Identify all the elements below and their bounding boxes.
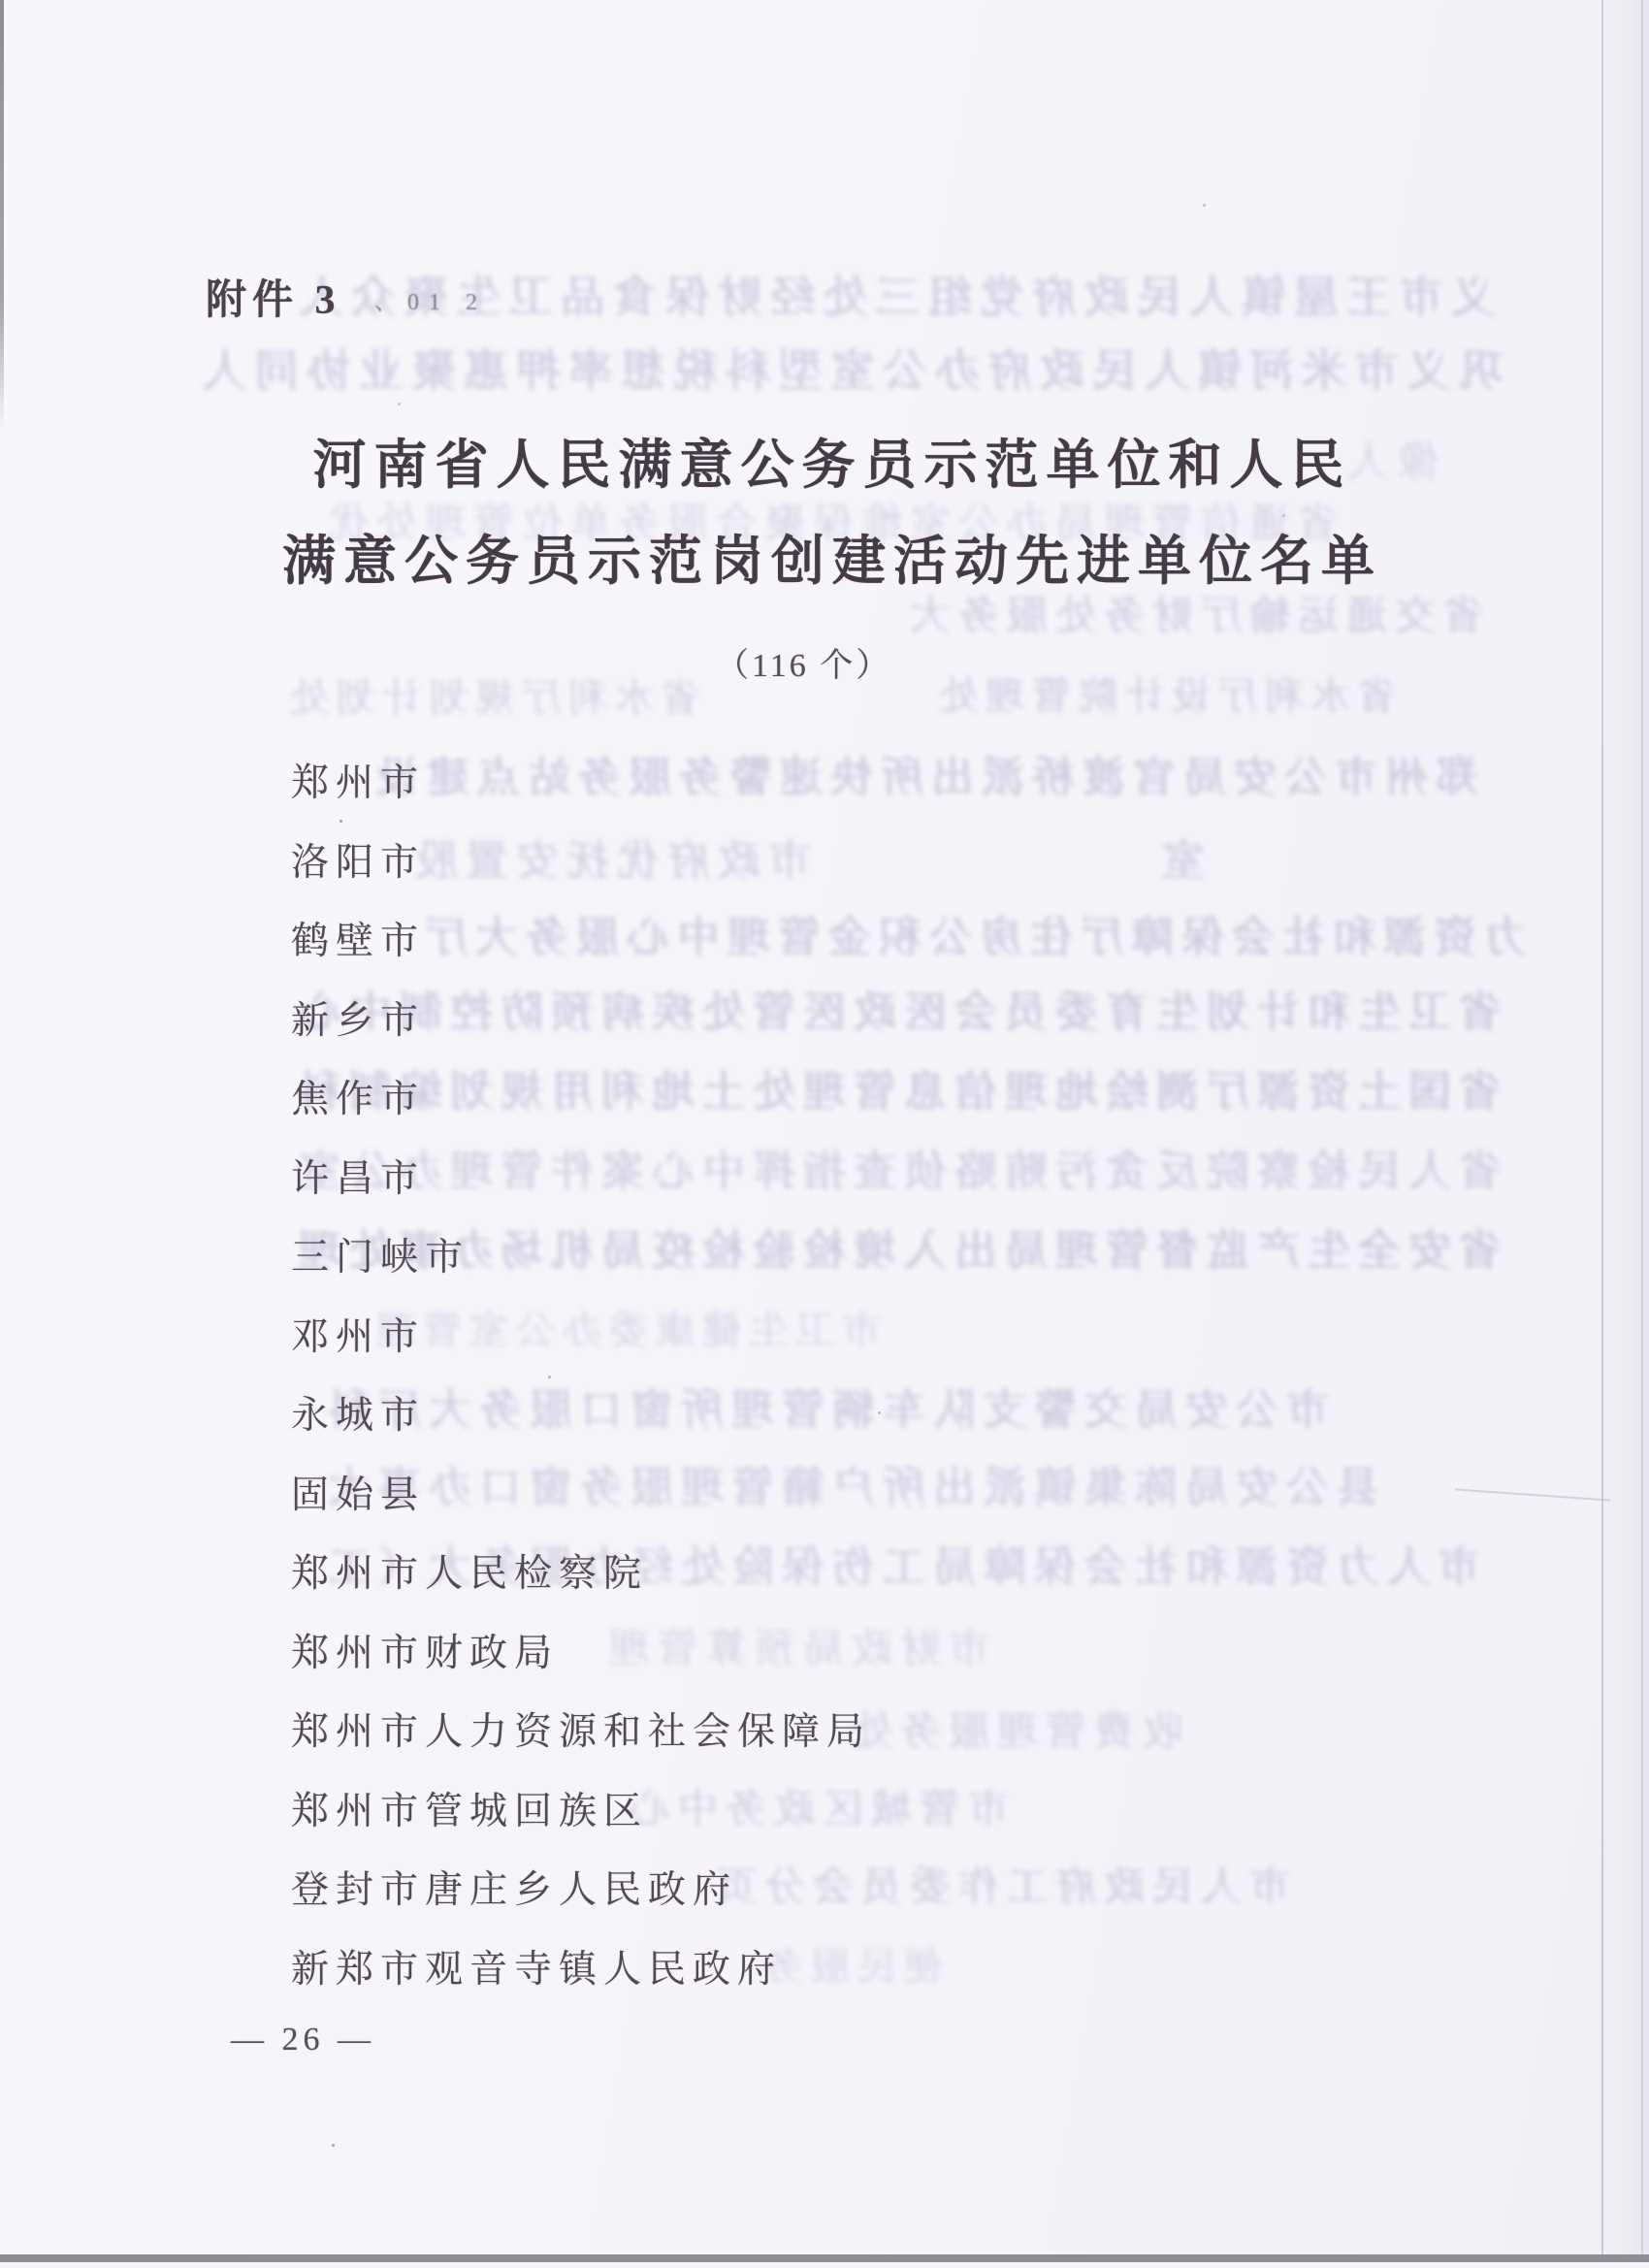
list-item: 许昌市 — [291, 1140, 871, 1219]
attachment-label: 附件 3 — [206, 280, 341, 321]
list-item: 郑州市管城回族区 — [291, 1772, 871, 1852]
list-item: 焦作市 — [291, 1060, 871, 1140]
page-number: — 26 — — [231, 2024, 375, 2057]
list-item: 三门峡市 — [291, 1218, 871, 1298]
list-item: 永城市 — [291, 1377, 871, 1456]
list-item: 新乡市 — [291, 982, 871, 1061]
unit-list: 郑州市 洛阳市 鹤壁市 新乡市 焦作市 许昌市 三门峡市 邓州市 永城市 固始县… — [291, 744, 871, 2009]
paper-crease-right — [1601, 0, 1603, 2260]
list-item: 登封市唐庄乡人民政府 — [291, 1851, 871, 1930]
document-title-line2: 满意公务员示范岗创建活动先进单位名单 — [29, 535, 1635, 588]
list-item: 新郑市观音寺镇人民政府 — [291, 1930, 871, 2010]
document-title-line1: 河南省人民满意公务员示范单位和人民 — [29, 438, 1635, 492]
bleedthrough-text: 省水利厅规划计划处 — [281, 679, 700, 718]
list-item: 郑州市 — [291, 744, 871, 824]
bleedthrough-text: 室 — [1154, 840, 1205, 883]
list-item: 洛阳市 — [291, 824, 871, 903]
list-item: 郑州市财政局 — [291, 1614, 871, 1694]
paper-crease-mid — [1455, 1488, 1610, 1501]
paper-edge-left — [0, 0, 4, 432]
scanned-document-page: 义市王屋镇人民政府党组三处经财保食品卫生聚众人 巩义市米河镇人民政府办公室型科税… — [0, 0, 1649, 2268]
scan-speckles — [339, 820, 342, 823]
scanner-background-bottom — [0, 2262, 1649, 2268]
unit-count: （116 个） — [716, 650, 891, 683]
paper-edge-bottom — [0, 2254, 1649, 2262]
bleedthrough-text: 省交通运输厅财务处服务大 — [902, 597, 1484, 637]
list-item: 郑州市人民检察院 — [291, 1535, 871, 1614]
list-item: 固始县 — [291, 1456, 871, 1536]
paper-edge-right-line — [1641, 0, 1643, 2268]
bleedthrough-text: 省水利厅设计院管理处 — [931, 677, 1397, 716]
pencil-mark: 、01 2 — [374, 291, 487, 314]
list-item: 邓州市 — [291, 1298, 871, 1377]
list-item: 鹤壁市 — [291, 902, 871, 982]
list-item: 郑州市人力资源和社会保障局 — [291, 1693, 871, 1772]
bleedthrough-text: 收费管理服务处 — [844, 1712, 1183, 1753]
bleedthrough-text: 巩义市米河镇人民政府办公室型科税想率押惠聚业协同人 — [194, 349, 1503, 394]
